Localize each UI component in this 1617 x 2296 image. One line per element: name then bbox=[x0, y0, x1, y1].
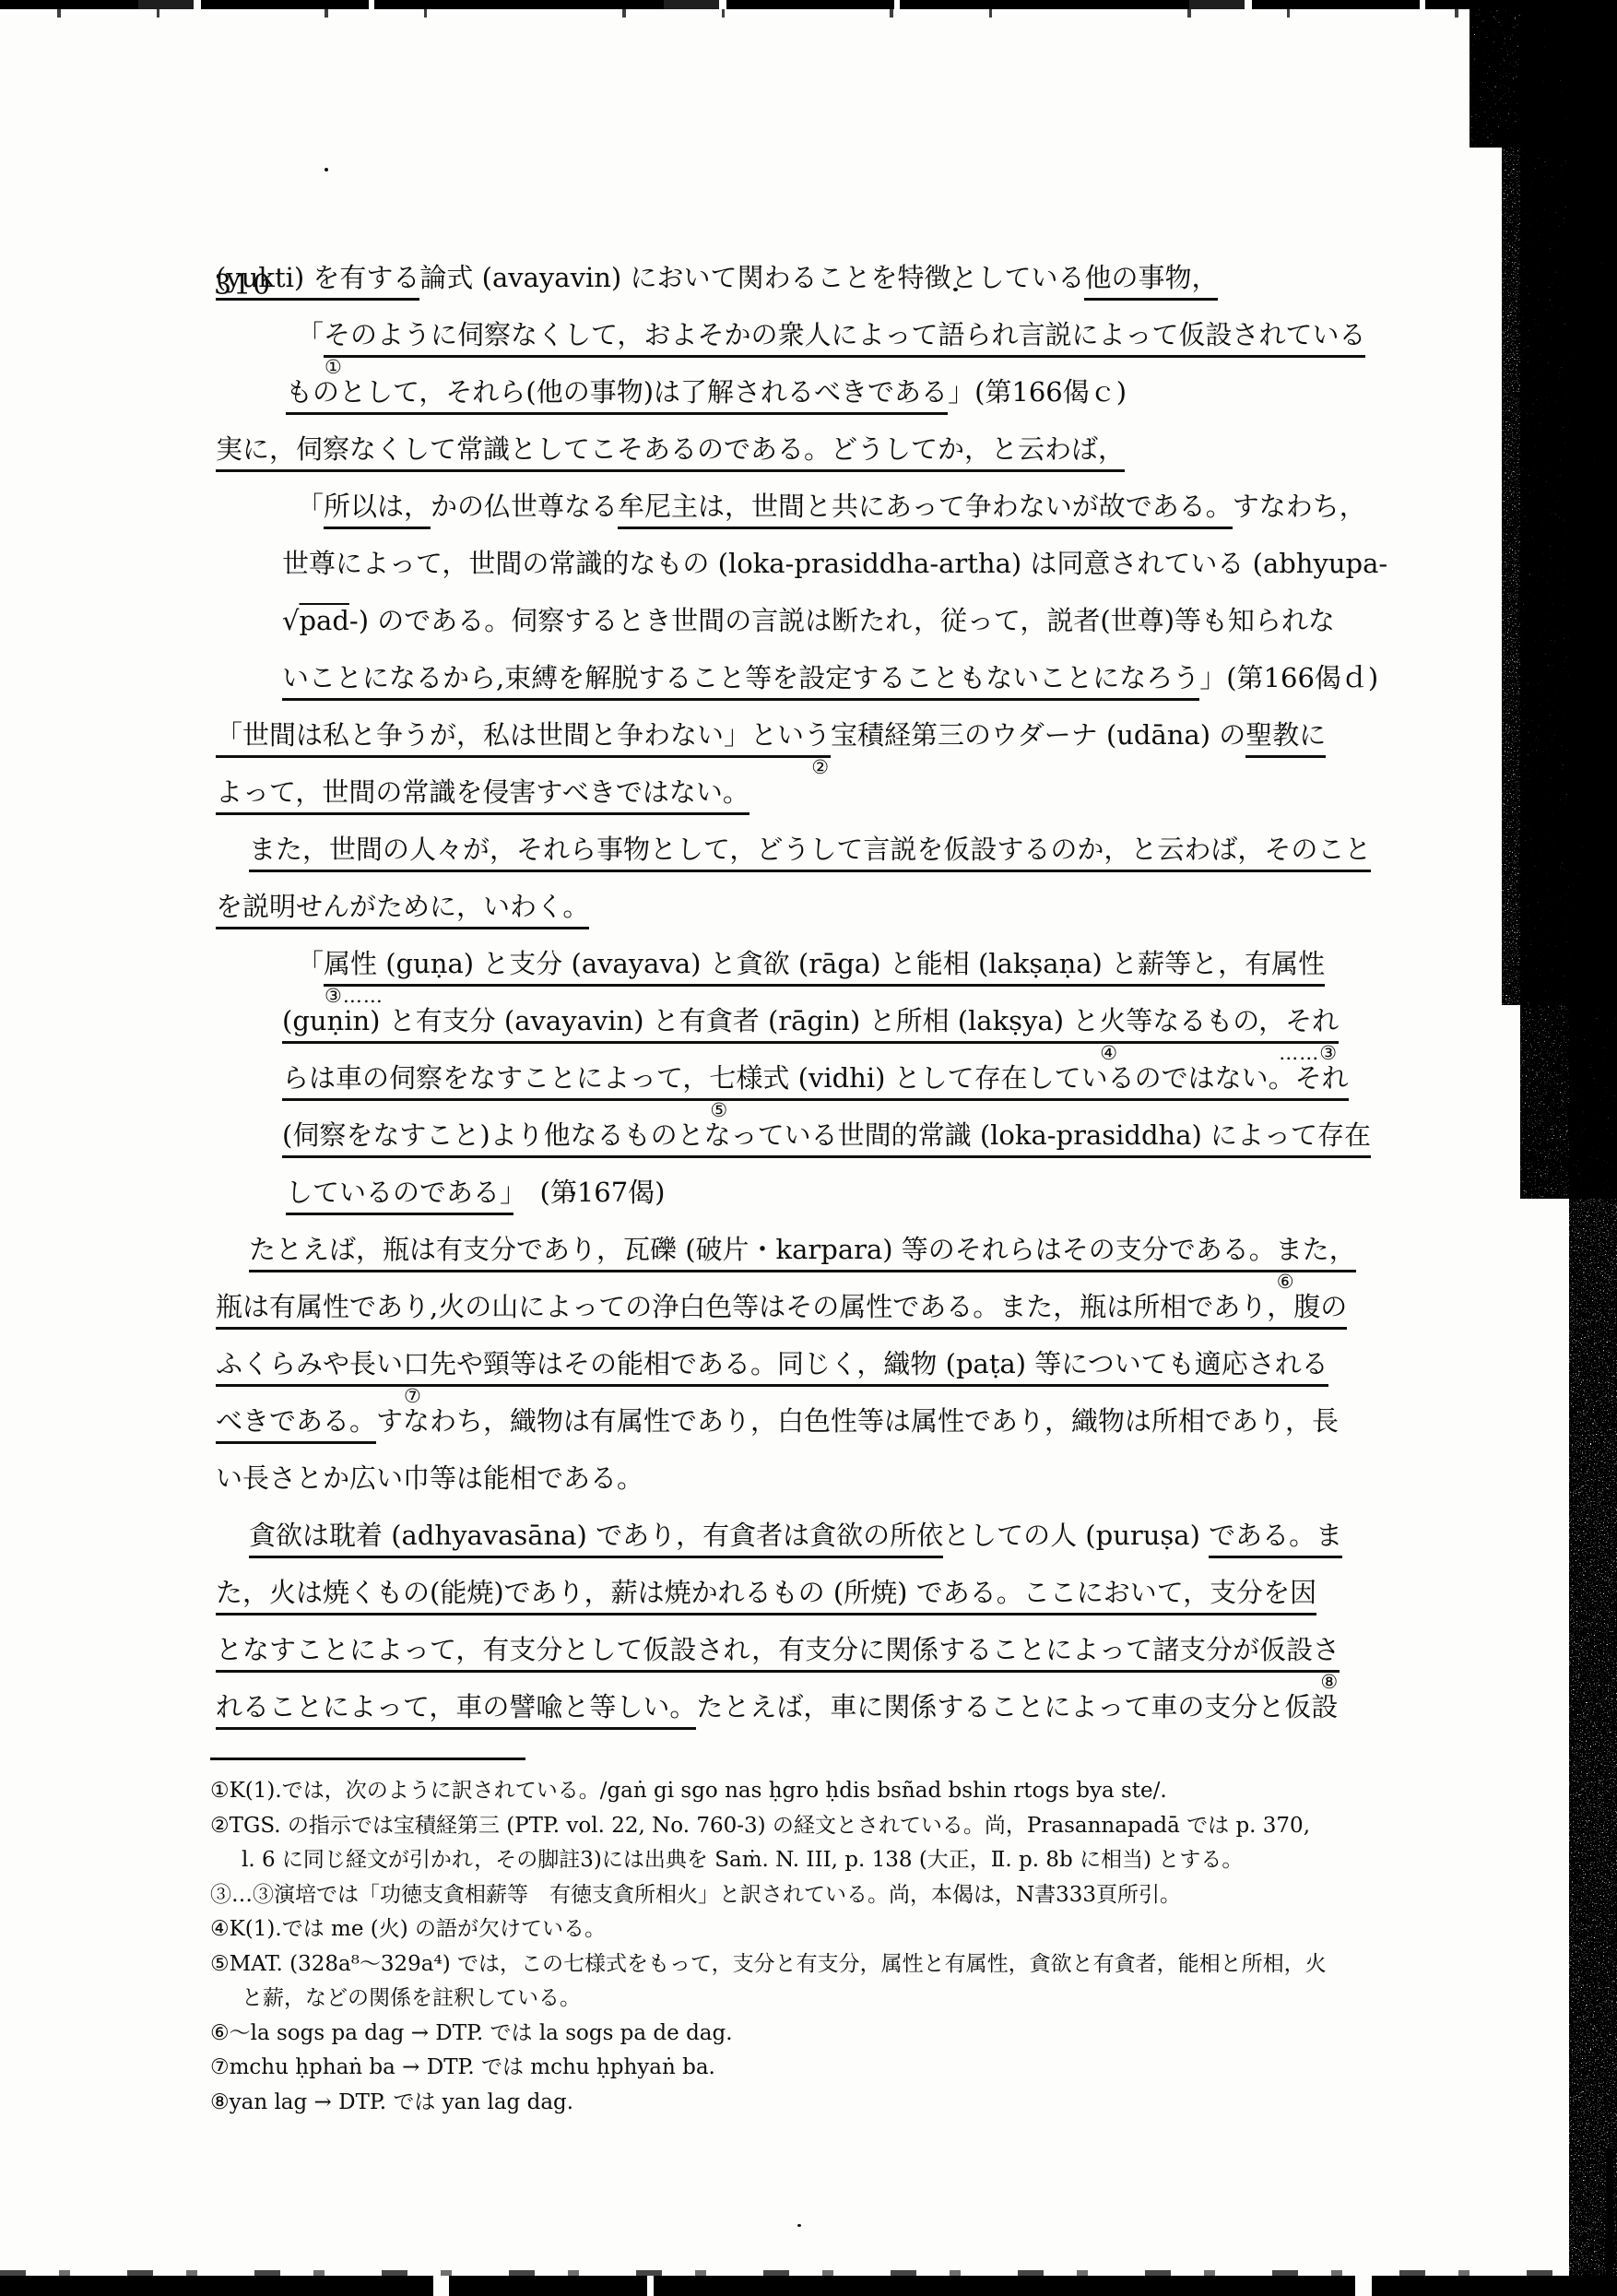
text-segment: らは車の伺察をなすことによって， bbox=[282, 1062, 709, 1101]
text-segment: 他の事物， bbox=[1084, 262, 1218, 301]
text-line: (guṇin) と有支分 (avayavin) と有貪者 (rāgin) と所相… bbox=[216, 992, 1442, 1049]
text-segment: すなわち， bbox=[1233, 491, 1366, 522]
footnote-marker-icon: ① bbox=[325, 358, 343, 377]
text-segment: また，世間の人々が，それら事物として，どうして言説を仮設するのか，と云わば，その… bbox=[249, 834, 1371, 872]
text-line: 「属性 (guṇa) と支分 (avayava) と貪欲 (rāga) と能相 … bbox=[216, 935, 1442, 992]
footnote-line: ④K(1).では me (火) の語が欠けている。 bbox=[210, 1912, 1418, 1947]
text-segment: 口先や頸等はその能相である。同じく，織物 (paṭa) 等についても適応される⑦ bbox=[403, 1348, 1328, 1387]
text-segment: 「 bbox=[297, 948, 324, 979]
footnote-line: ⑥〜la sogs pa dag → DTP. では la sogs pa de… bbox=[210, 2017, 1418, 2052]
body-text: (yukti) を有する論式 (avayavin) において関わることを特徴とし… bbox=[216, 249, 1442, 1735]
footnote-line: ②TGS. の指示では宝積経第三 (PTP. vol. 22, No. 760-… bbox=[210, 1809, 1418, 1844]
text-line: ふくらみや長い口先や頸等はその能相である。同じく，織物 (paṭa) 等について… bbox=[216, 1335, 1442, 1392]
text-segment: 宝積経第三のウダーナ (udāna) の bbox=[831, 719, 1245, 751]
text-segment: 所以は， bbox=[324, 491, 431, 529]
text-segment: である。ま bbox=[1209, 1520, 1342, 1558]
text-segment: 貪欲は耽着 (adhyavasāna) であり，有貪者は貪欲の所依 bbox=[249, 1520, 943, 1558]
text-segment: √ bbox=[282, 605, 299, 636]
text-segment: (yukti) を有する bbox=[216, 262, 419, 301]
text-segment: となすことによって，有支分として仮設され，有支分に関係することによって諸支分が仮… bbox=[216, 1634, 1340, 1673]
text-line: れることによって，車の譬喩と等しい。たとえば，車に関係することによって車の支分と… bbox=[216, 1678, 1442, 1735]
text-line: 実に，伺察なくして常識としてこそあるのである。どうしてか，と云わば， bbox=[216, 420, 1442, 478]
text-line: となすことによって，有支分として仮設され，有支分に関係することによって諸支分が仮… bbox=[216, 1621, 1442, 1678]
footnote-line: ③…③演培では「功徳支貪相薪等 有徳支貪所相火」と訳されている。尚，本偈は，N書… bbox=[210, 1878, 1418, 1913]
text-segment: 実に，伺察なくして常識としてこそあるのである。どうしてか，と云わば， bbox=[216, 433, 1125, 472]
footnote-marker-icon: ③…… bbox=[325, 987, 384, 1006]
text-line: また，世間の人々が，それら事物として，どうして言説を仮設するのか，と云わば，その… bbox=[216, 821, 1442, 878]
text-segment: 」(第166偈ｃ) bbox=[948, 376, 1127, 408]
text-segment: 火等なるもの，④ bbox=[1099, 1005, 1285, 1044]
footnote-line: ⑤MAT. (328a⁸〜329a⁴) では，この七様式をもって，支分と有支分，… bbox=[210, 1947, 1418, 1982]
text-line: 貪欲は耽着 (adhyavasāna) であり，有貪者は貪欲の所依としての人 (… bbox=[216, 1507, 1442, 1564]
text-segment: しているのである」 bbox=[286, 1177, 513, 1215]
text-line: い長さとか広い巾等は能相である。 bbox=[216, 1450, 1442, 1507]
text-line: らは車の伺察をなすことによって，七様式 (vidhi) として存在しているのでは… bbox=[216, 1049, 1442, 1107]
text-segment: たとえば，車に関係することによって車の支分と仮設 bbox=[696, 1691, 1338, 1722]
text-segment: れることによって，車の譬喩と等しい。 bbox=[216, 1691, 696, 1730]
text-segment: を説明せんがために，いわく。 bbox=[216, 891, 589, 929]
scan-speck bbox=[325, 168, 328, 172]
footnote-marker-icon: ② bbox=[811, 758, 830, 777]
footnote-line: ⑦mchu ḥphaṅ ba → DTP. では mchu ḥphyaṅ ba. bbox=[210, 2051, 1418, 2086]
text-line: たとえば，瓶は有支分であり，瓦礫 (破片・karpara) 等のそれらはその支分… bbox=[216, 1221, 1442, 1278]
text-line: いことになるから,束縛を解脱すること等を設定することもないことになろう」(第16… bbox=[216, 649, 1442, 706]
text-line: 「世間は私と争うが，私は世間と争わない」という②宝積経第三のウダーナ (udān… bbox=[216, 706, 1442, 763]
text-segment: た，火は焼くもの(能焼)であり，薪は焼かれるもの (所焼) である。ここにおいて… bbox=[216, 1577, 1316, 1615]
text-segment: およそかの衆人によって語られ言説によって仮設されている bbox=[643, 319, 1365, 358]
text-line: 「所以は，かの仏世尊なる牟尼主は，世間と共にあって争わないが故である。すなわち， bbox=[216, 478, 1442, 535]
text-segment: 「世間は私と争うが，私は世間と争わない」という② bbox=[216, 719, 831, 758]
footnote-marker-icon: ⑧ bbox=[1320, 1673, 1339, 1692]
text-segment: (guṇin) と有支分 (avayavin) と有貪者 (rāgin) と所相… bbox=[282, 1005, 1099, 1044]
scanned-page: 310 (yukti) を有する論式 (avayavin) において関わることを… bbox=[0, 0, 1617, 2296]
text-segment: ふくらみや長い bbox=[216, 1348, 403, 1387]
text-segment: 瓶は有属性であり,火の山によっての浄白色等はその属性である。また，瓶は所相であり… bbox=[216, 1291, 1347, 1330]
text-segment: 七様式 (vidhi) として存在しているのではない。それ⑤ bbox=[709, 1062, 1348, 1101]
footnote-line: と薪，などの関係を註釈している。 bbox=[210, 1982, 1418, 2017]
footnote-line: ⑧yan lag → DTP. では yan lag dag. bbox=[210, 2086, 1418, 2121]
footnote-marker-icon: ⑦ bbox=[404, 1387, 422, 1406]
text-segment: すなわち，織物は有属性であり，白色性等は属性であり，織物は所相であり，長 bbox=[376, 1405, 1339, 1437]
text-segment: 世尊によって，世間の常識的なもの (loka-prasiddha-artha) … bbox=[282, 548, 1387, 579]
text-line: 瓶は有属性であり,火の山によっての浄白色等はその属性である。また，瓶は所相であり… bbox=[216, 1278, 1442, 1335]
text-segment: (伺察をなすこと)より他なるものとなっている世間的常識 (loka-prasid… bbox=[282, 1119, 1371, 1158]
text-line: しているのである」 (第167偈) bbox=[216, 1164, 1442, 1221]
text-segment: べきである。 bbox=[216, 1405, 376, 1444]
text-segment: そのように伺察なくして，① bbox=[324, 319, 643, 358]
text-segment: たとえば，瓶は有支分であり，瓦礫 (破片・karpara) 等のそれらはその支分… bbox=[249, 1234, 1276, 1272]
text-segment: それ……③ bbox=[1285, 1005, 1339, 1044]
text-segment: 牟尼主は，世間と共にあって争わないが故である。 bbox=[618, 491, 1233, 529]
text-line: ものとして，それら(他の事物)は了解されるべきである」(第166偈ｃ) bbox=[216, 363, 1442, 420]
text-line: 世尊によって，世間の常識的なもの (loka-prasiddha-artha) … bbox=[216, 535, 1442, 592]
text-segment: い長さとか広い巾等は能相である。 bbox=[216, 1462, 643, 1494]
text-line: 「そのように伺察なくして，①およそかの衆人によって語られ言説によって仮設されてい… bbox=[216, 306, 1442, 363]
text-segment: よって，世間の常識を侵害すべきではない。 bbox=[216, 776, 749, 815]
text-segment: 論式 (avayavin) において関わることを特徴としている bbox=[419, 262, 1084, 293]
text-segment: (第167偈) bbox=[513, 1177, 666, 1208]
text-line: (yukti) を有する論式 (avayavin) において関わることを特徴とし… bbox=[216, 249, 1442, 306]
text-segment: 「 bbox=[297, 319, 324, 350]
text-segment: としての人 (puruṣa) bbox=[943, 1520, 1209, 1551]
footnotes: ①K(1).では，次のように訳されている。/gaṅ gi sgo nas ḥgr… bbox=[210, 1774, 1418, 2120]
footnote-marker-icon: ④ bbox=[1100, 1044, 1118, 1063]
footnote-line: ①K(1).では，次のように訳されている。/gaṅ gi sgo nas ḥgr… bbox=[210, 1774, 1418, 1809]
scan-edge-bottom bbox=[0, 2276, 1617, 2296]
text-segment: 「 bbox=[297, 491, 324, 522]
text-line: を説明せんがために，いわく。 bbox=[216, 878, 1442, 935]
footnote-line: l. 6 に同じ経文が引かれ，その脚註3)には出典を Saṁ. N. III, … bbox=[210, 1843, 1418, 1878]
text-segment: かの仏世尊なる bbox=[431, 491, 618, 522]
text-segment: いことになるから,束縛を解脱すること等を設定することもないことになろう bbox=[282, 662, 1199, 701]
text-line: (伺察をなすこと)より他なるものとなっている世間的常識 (loka-prasid… bbox=[216, 1107, 1442, 1164]
text-line: た，火は焼くもの(能焼)であり，薪は焼かれるもの (所焼) である。ここにおいて… bbox=[216, 1564, 1442, 1621]
text-line: √pad-) のである。伺察するとき世間の言説は断たれ，従って，説者(世尊)等も… bbox=[216, 592, 1442, 649]
footnote-separator bbox=[210, 1758, 525, 1760]
text-segment: pad bbox=[299, 605, 348, 636]
scan-speck bbox=[797, 2224, 801, 2227]
text-line: べきである。すなわち，織物は有属性であり，白色性等は属性であり，織物は所相であり… bbox=[216, 1392, 1442, 1450]
footnote-marker-icon: ⑤ bbox=[710, 1101, 728, 1120]
text-segment: -) のである。伺察するとき世間の言説は断たれ，従って，説者(世尊)等も知られな bbox=[349, 605, 1335, 636]
text-segment: 聖教に bbox=[1245, 719, 1326, 758]
footnote-marker-icon: ⑥ bbox=[1277, 1272, 1295, 1292]
text-segment: 属性 (guṇa) と支分 (avayava) と貪欲 (rāga) と能相 (… bbox=[324, 948, 1325, 987]
text-segment: ものとして，それら(他の事物)は了解されるべきである bbox=[286, 376, 948, 415]
text-segment: 」(第166偈ｄ) bbox=[1199, 662, 1378, 693]
text-segment: また，⑥ bbox=[1276, 1234, 1356, 1272]
footnote-marker-icon: ……③ bbox=[1279, 1044, 1338, 1063]
